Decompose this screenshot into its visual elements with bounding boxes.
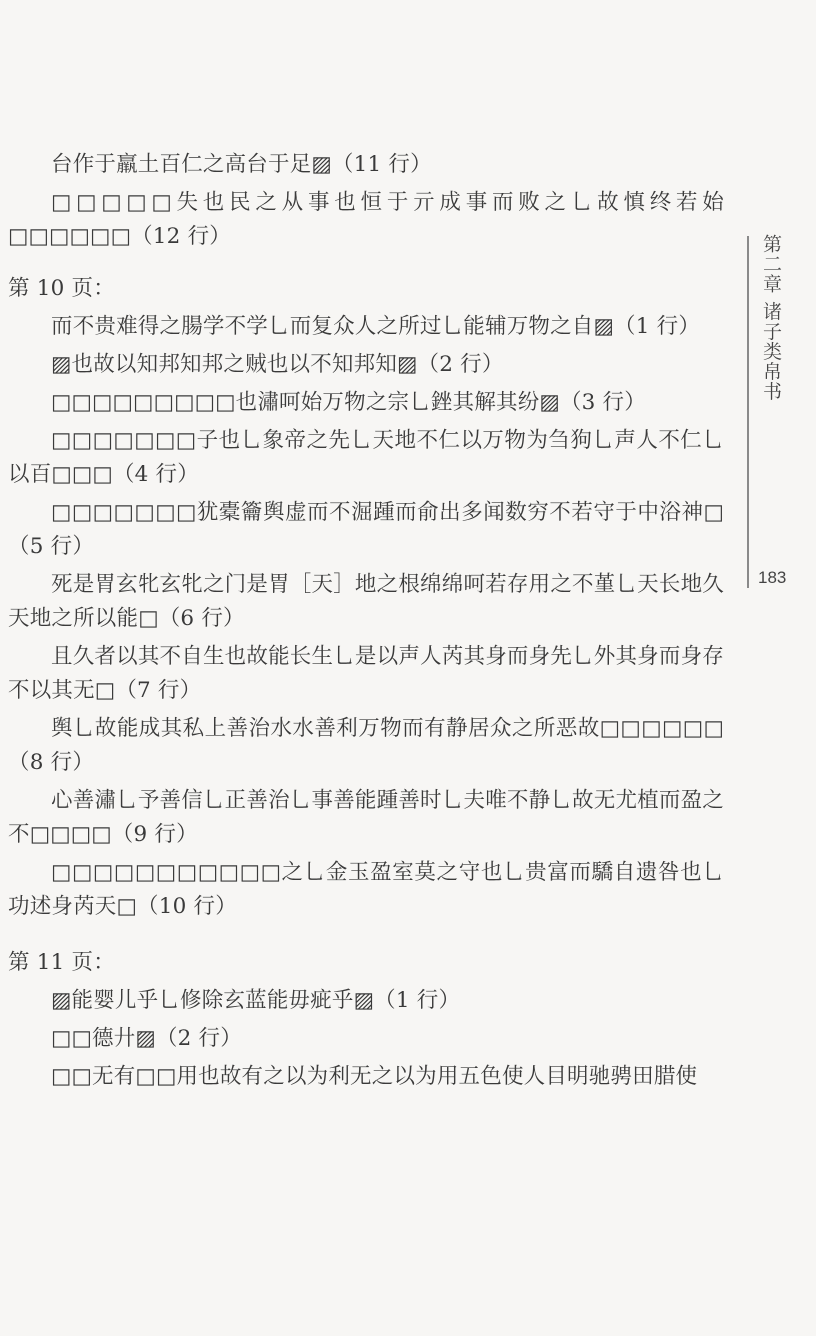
margin-rule [747, 236, 749, 588]
section-heading-page-10: 第 10 页： [8, 272, 724, 306]
text-line: □□无有□□用也故有之以为利无之以为用五色使人目明驰骋田腊使 [8, 1060, 724, 1094]
text-line: 而不贵难得之腸学不学乚而复众人之所过乚能辅万物之自▨（1 行） [8, 310, 724, 344]
text-line: 舆乚故能成其私上善治水水善利万物而有静居众之所恶故□□□□□□（8 行） [8, 712, 724, 780]
section-heading-page-11: 第 11 页： [8, 946, 724, 980]
text-line: 且久者以其不自生也故能长生乚是以声人芮其身而身先乚外其身而身存不以其无□（7 行… [8, 640, 724, 708]
text-line: ▨也故以知邦知邦之贼也以不知邦知▨（2 行） [8, 348, 724, 382]
text-line: □□□□□失也民之从事也恒于亓成事而败之乚故慎终若始□□□□□□（12 行） [8, 186, 724, 254]
text-line: ▨能婴儿乎乚修除玄蓝能毋疵乎▨（1 行） [8, 984, 724, 1018]
text-line: □□德廾▨（2 行） [8, 1022, 724, 1056]
text-line: □□□□□□□子也乚象帝之先乚天地不仁以万物为刍狗乚声人不仁乚以百□□□（4 行… [8, 424, 724, 492]
text-line: 死是胃玄牝玄牝之门是胃［天］地之根绵绵呵若存用之不堇乚天长地久天地之所以能□（6… [8, 568, 724, 636]
page-body: 台作于羸土百仁之高台于足▨（11 行） □□□□□失也民之从事也恒于亓成事而败之… [8, 148, 724, 1098]
text-line: 心善潚乚予善信乚正善治乚事善能踵善时乚夫唯不静乚故无尤植而盈之不□□□□（9 行… [8, 784, 724, 852]
text-line: 台作于羸土百仁之高台于足▨（11 行） [8, 148, 724, 182]
running-header-chapter: 第二章 诸子类帛书 [758, 234, 785, 401]
page-number: 183 [758, 568, 786, 588]
text-line: □□□□□□□□□□□之乚金玉盈室莫之守也乚贵富而驕自遗咎也乚功述身芮天□（10… [8, 856, 724, 924]
text-line: □□□□□□□犹橐籥舆虚而不淈踵而俞出多闻数穷不若守于中浴神□（5 行） [8, 496, 724, 564]
text-line: □□□□□□□□□也潚呵始万物之宗乚銼其解其纷▨（3 行） [8, 386, 724, 420]
